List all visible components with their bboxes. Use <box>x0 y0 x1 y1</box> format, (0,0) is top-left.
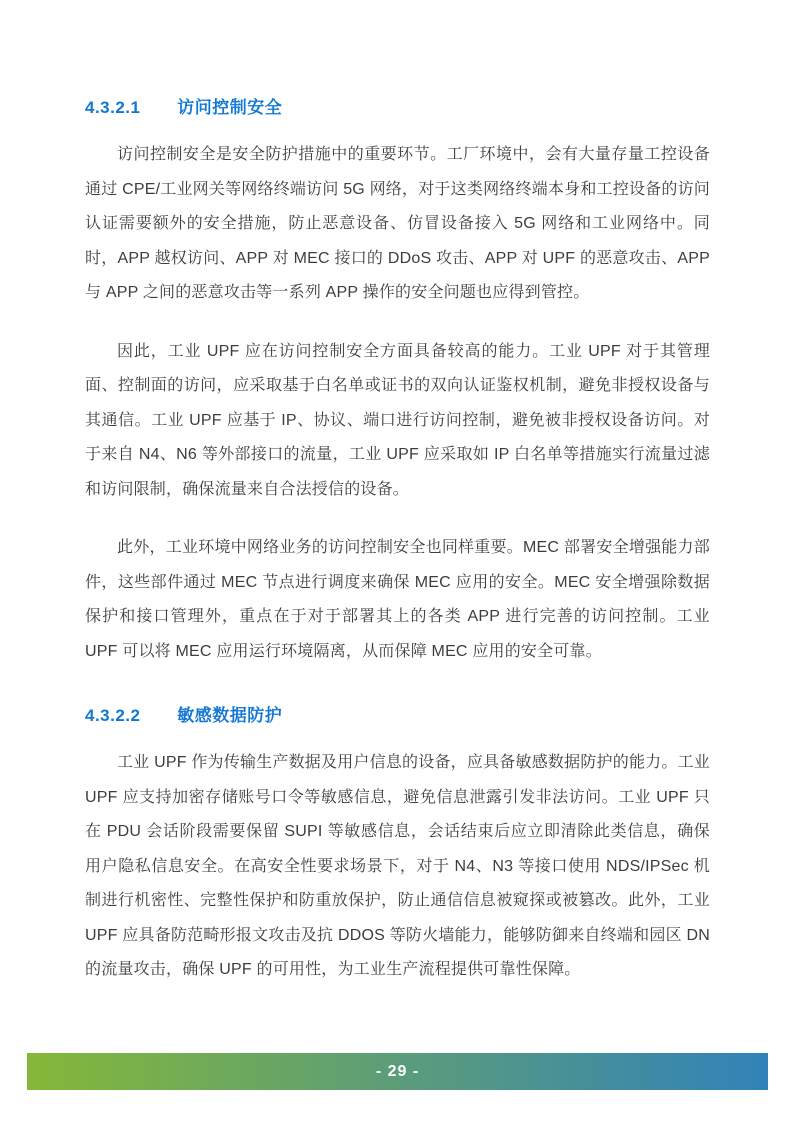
section-heading: 4.3.2.1 访问控制安全 <box>85 96 710 120</box>
paragraph: 工业 UPF 作为传输生产数据及用户信息的设备，应具备敏感数据防护的能力。工业 … <box>85 746 710 988</box>
document-page: 4.3.2.1 访问控制安全 访问控制安全是安全防护措施中的重要环节。工厂环境中… <box>0 0 794 1122</box>
section-title: 敏感数据防护 <box>177 706 282 725</box>
page-footer-bar: - 29 - <box>27 1053 768 1090</box>
section-sensitive-data-protection: 4.3.2.2 敏感数据防护 工业 UPF 作为传输生产数据及用户信息的设备，应… <box>85 704 710 988</box>
section-number: 4.3.2.1 <box>85 96 172 120</box>
page-content: 4.3.2.1 访问控制安全 访问控制安全是安全防护措施中的重要环节。工厂环境中… <box>85 0 710 988</box>
paragraph: 因此，工业 UPF 应在访问控制安全方面具备较高的能力。工业 UPF 对于其管理… <box>85 335 710 508</box>
page-number: - 29 - <box>376 1063 419 1081</box>
section-title: 访问控制安全 <box>177 98 282 117</box>
section-access-control-security: 4.3.2.1 访问控制安全 访问控制安全是安全防护措施中的重要环节。工厂环境中… <box>85 96 710 669</box>
section-number: 4.3.2.2 <box>85 704 172 728</box>
paragraph: 此外，工业环境中网络业务的访问控制安全也同样重要。MEC 部署安全增强能力部件，… <box>85 531 710 669</box>
section-heading: 4.3.2.2 敏感数据防护 <box>85 704 710 728</box>
paragraph: 访问控制安全是安全防护措施中的重要环节。工厂环境中，会有大量存量工控设备通过 C… <box>85 138 710 311</box>
